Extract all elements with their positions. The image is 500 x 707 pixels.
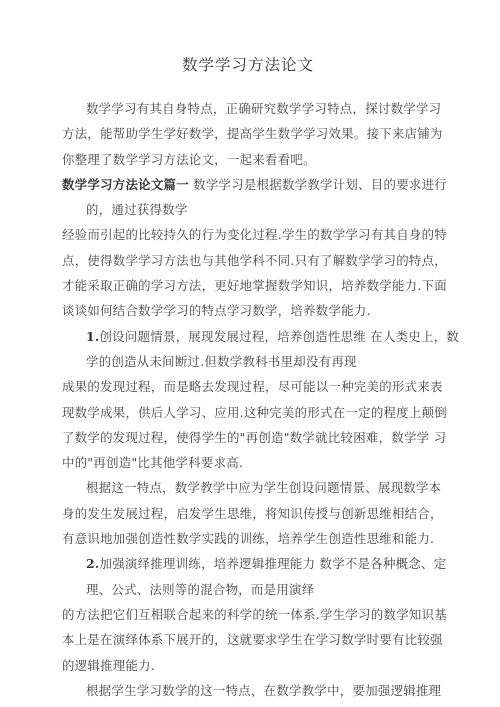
text-line: 点，使得数学学习方法也与其他学科不同.只有了解数学学习的特点， (62, 248, 434, 273)
text-line: 中的"再创造"比其他学科要求高. (62, 450, 434, 475)
text-line: 现数学成果，供后人学习、应用.这种完美的形式在一定的程度上颠倒 (62, 400, 434, 425)
text-line: 学的创造从未间断过.但数学教科书里却没有再现 (62, 349, 434, 374)
text-line: 才能采取正确的学习方法，更好地掌握数学知识，培养数学能力.下面 (62, 273, 434, 298)
paragraph: 数学学习有其自身特点，正确研究数学学习特点，探讨数学学习 方法，能帮助学生学好数… (62, 96, 434, 172)
text-line: 数学学习方法论文篇一 数学学习是根据数学教学计划、目的要求进行 (62, 172, 434, 197)
text-line: 理、公式、法则等的混合物，而是用演绎 (62, 577, 434, 602)
document-title: 数学学习方法论文 (62, 52, 434, 78)
document-page: 数学学习方法论文 数学学习有其自身特点，正确研究数学学习特点，探讨数学学习 方法… (0, 0, 500, 707)
paragraph: 2.加强演绎推理训练，培养逻辑推理能力 数学不是各种概念、定 理、公式、法则等的… (62, 551, 434, 602)
text-line: 的逻辑推理能力. (62, 653, 434, 678)
paragraph: 根据这一特点，数学教学中应为学生创设问题情景、展现数学本 身的发生发展过程，启发… (62, 475, 434, 551)
text-line: 成果的发现过程，而是略去发现过程，尽可能以一种完美的形式来表 (62, 374, 434, 399)
text-line: 有意识地加强创造性数学实践的训练，培养学生创造性思维和能力. (62, 526, 434, 551)
paragraph: 的方法把它们互相联合起来的科学的统一体系.学生学习的数学知识基 本上是在演绎体系… (62, 602, 434, 678)
text-line: 数学学习有其自身特点，正确研究数学学习特点，探讨数学学习 (62, 96, 434, 121)
paragraph: 经验而引起的比较持久的行为变化过程.学生的数学学习有其自身的特 点，使得数学学习… (62, 222, 434, 323)
paragraph: 1.创设问题情景，展现发展过程，培养创造性思维 在人类史上，数 学的创造从未间断… (62, 324, 434, 375)
paragraph: 根据学生学习数学的这一特点，在数学教学中，要加强逻辑推理 (62, 678, 434, 703)
list-number: 2. (86, 556, 100, 571)
text-run: 数学学习是根据数学教学计划、目的要求进行 (189, 177, 447, 192)
list-number: 1. (86, 329, 100, 344)
text-line: 了数学的发现过程，使得学生的"再创造"数学就比较困难，数学学 习 (62, 425, 434, 450)
text-line: 经验而引起的比较持久的行为变化过程.学生的数学学习有其自身的特 (62, 222, 434, 247)
text-line: 的，通过获得数学 (62, 197, 434, 222)
text-line: 的方法把它们互相联合起来的科学的统一体系.学生学习的数学知识基 (62, 602, 434, 627)
section-heading: 数学学习方法论文篇一 (62, 177, 189, 192)
text-line: 身的发生发展过程，启发学生思维，将知识传授与创新思维相结合， (62, 501, 434, 526)
paragraph: 数学学习方法论文篇一 数学学习是根据数学教学计划、目的要求进行 的，通过获得数学 (62, 172, 434, 223)
paragraph: 成果的发现过程，而是略去发现过程，尽可能以一种完美的形式来表 现数学成果，供后人… (62, 374, 434, 475)
text-line: 根据这一特点，数学教学中应为学生创设问题情景、展现数学本 (62, 475, 434, 500)
text-line: 你整理了数学学习方法论文，一起来看看吧。 (62, 147, 434, 172)
text-line: 本上是在演绎体系下展开的，这就要求学生在学习数学时要有比较强 (62, 627, 434, 652)
text-line: 1.创设问题情景，展现发展过程，培养创造性思维 在人类史上，数 (62, 324, 434, 349)
text-line: 根据学生学习数学的这一特点，在数学教学中，要加强逻辑推理 (62, 678, 434, 703)
text-line: 2.加强演绎推理训练，培养逻辑推理能力 数学不是各种概念、定 (62, 551, 434, 576)
text-line: 谈谈如何结合数学学习的特点学习数学，培养数学能力. (62, 298, 434, 323)
text-line: 方法，能帮助学生学好数学，提高学生数学学习效果。接下来店铺为 (62, 121, 434, 146)
text-run: 加强演绎推理训练，培养逻辑推理能力 数学不是各种概念、定 (100, 556, 447, 571)
text-run: 创设问题情景，展现发展过程，培养创造性思维 在人类史上，数 (100, 329, 460, 344)
